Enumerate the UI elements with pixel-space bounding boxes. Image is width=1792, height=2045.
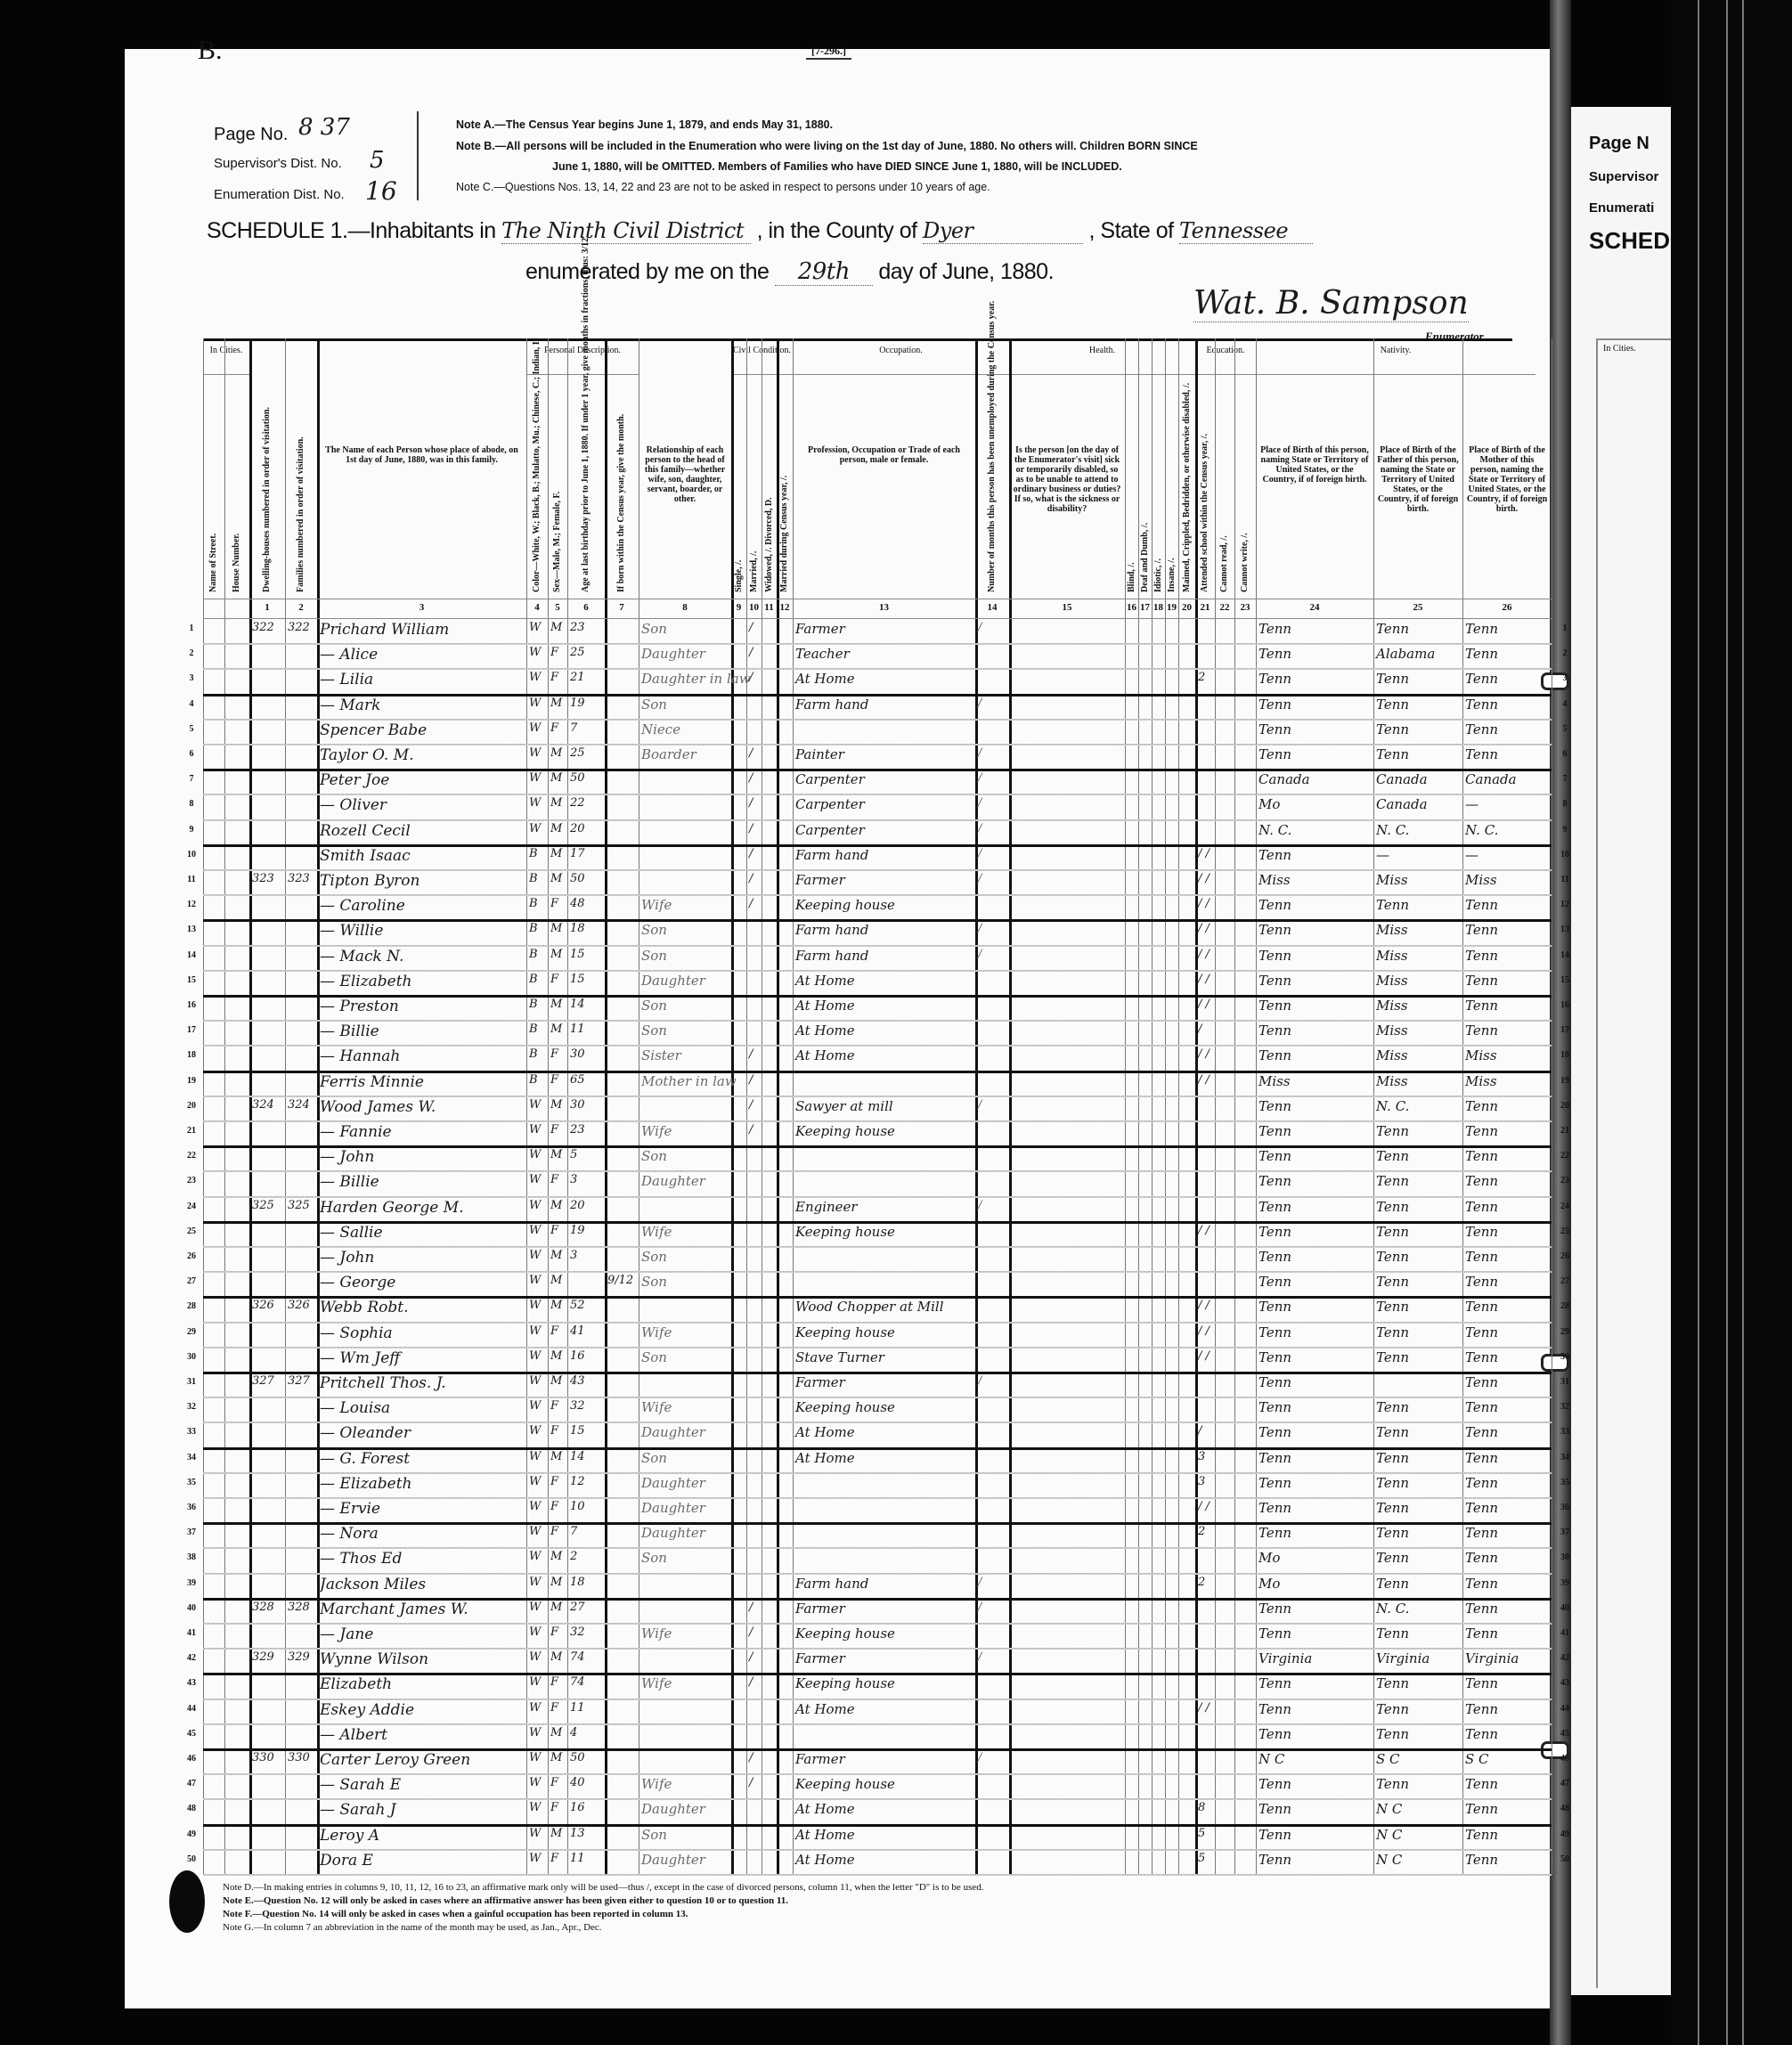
cell-rel: Wife — [641, 897, 672, 913]
row-number: 2 — [1557, 648, 1573, 658]
cell-bf: Miss — [1376, 998, 1408, 1014]
cell-bm: Tenn — [1465, 1726, 1498, 1742]
row-number: 12 — [183, 900, 200, 909]
cell-rel: Daughter — [641, 1852, 705, 1868]
cell-color: W — [529, 1827, 541, 1840]
cell-b: Tenn — [1258, 1801, 1291, 1817]
cell-edu: 2 — [1198, 1525, 1205, 1538]
cell-age: 18 — [570, 1576, 585, 1589]
row-number: 20 — [183, 1101, 200, 1111]
cell-color: B — [529, 948, 538, 961]
column-line — [605, 338, 607, 1874]
cell-rel: Boarder — [641, 746, 696, 762]
cell-occ: Keeping house — [795, 1224, 895, 1240]
cell-color: W — [529, 1701, 541, 1715]
cell-bf: Miss — [1376, 973, 1408, 989]
cell-b: Tenn — [1258, 1726, 1291, 1742]
row-line — [203, 794, 1552, 795]
cell-bf: — — [1376, 847, 1389, 863]
cell-color: B — [529, 1047, 538, 1061]
cell-age: 3 — [570, 1249, 577, 1262]
cell-name: Webb Robt. — [320, 1299, 408, 1316]
row-line — [203, 945, 1552, 947]
cell-name: — Nora — [320, 1525, 379, 1543]
row-line — [203, 744, 1552, 745]
column-number: 14 — [975, 602, 1009, 613]
cell-b: Miss — [1258, 1073, 1291, 1089]
cell-bm: Tenn — [1465, 1601, 1498, 1617]
cell-bm: Tenn — [1465, 721, 1498, 737]
cell-rel: Daughter — [641, 1424, 705, 1440]
cell-b: Tenn — [1258, 973, 1291, 989]
row-number: 35 — [183, 1478, 200, 1487]
cell-occ: At Home — [795, 1450, 855, 1466]
row-number: 48 — [183, 1804, 200, 1813]
cell-rel: Daughter — [641, 1500, 705, 1516]
cell-occ: At Home — [795, 1801, 855, 1817]
cell-sex: F — [550, 1173, 558, 1186]
cell-color: B — [529, 872, 538, 885]
cell-color: W — [529, 1500, 541, 1513]
cell-sex: M — [550, 771, 562, 785]
cell-name: Wood James W. — [320, 1098, 436, 1116]
adjacent-grid — [1596, 338, 1671, 1988]
cell-age: 74 — [570, 1650, 585, 1664]
column-number: 11 — [762, 602, 777, 613]
cell-rel: Daughter — [641, 1173, 705, 1189]
cell-color: W — [529, 1751, 541, 1764]
cell-sex: M — [550, 822, 562, 835]
cell-bf: Miss — [1376, 1073, 1408, 1089]
row-number: 12 — [1557, 900, 1573, 909]
row-number: 29 — [1557, 1327, 1573, 1337]
row-number: 44 — [1557, 1704, 1573, 1714]
cell-sex: F — [550, 1801, 558, 1814]
row-line — [203, 1196, 1552, 1198]
cell-occ: Carpenter — [795, 771, 865, 787]
row-number: 46 — [183, 1754, 200, 1764]
cell-civil: / — [749, 872, 753, 885]
cell-sex: F — [550, 1852, 558, 1865]
cell-sex: M — [550, 1450, 562, 1463]
cell-name: — Mack N. — [320, 948, 403, 965]
column-number: 16 — [1125, 602, 1138, 613]
cell-b: Tenn — [1258, 1399, 1291, 1415]
column-header-birth-self: Place of Birth of this person, naming St… — [1259, 445, 1370, 485]
cell-sex: F — [550, 973, 558, 986]
row-line — [203, 819, 1552, 821]
cell-age: 10 — [570, 1500, 585, 1513]
column-header-name: The Name of each Person whose place of a… — [321, 445, 523, 465]
row-number: 4 — [1557, 699, 1573, 709]
cell-sex: M — [550, 746, 562, 760]
district-value: The Ninth Civil District — [501, 218, 751, 244]
row-number: 27 — [183, 1276, 200, 1286]
cell-name: — Sarah E — [320, 1776, 401, 1794]
education-divider — [1195, 374, 1256, 375]
cell-unemp: / — [978, 621, 982, 634]
note-b: Note B.—All persons will be included in … — [456, 140, 1198, 152]
row-number: 32 — [1557, 1402, 1573, 1412]
cell-color: W — [529, 671, 541, 684]
cell-occ: Farmer — [795, 1601, 845, 1617]
cell-b: Miss — [1258, 872, 1291, 888]
cell-sex: M — [550, 1274, 562, 1287]
column-header-single: Single, /. — [734, 392, 744, 592]
column-header-cannot-write: Cannot write, /. — [1240, 392, 1250, 592]
row-line — [203, 1573, 1552, 1575]
cell-name: — Hannah — [320, 1047, 400, 1065]
cell-bf: S C — [1376, 1751, 1400, 1767]
row-line — [203, 1472, 1552, 1474]
cell-name: — Lilia — [320, 671, 373, 688]
cell-bf: Canada — [1376, 771, 1428, 787]
cell-name: — Elizabeth — [320, 973, 412, 990]
cell-name: — Billie — [320, 1022, 379, 1040]
cell-sex: M — [550, 1249, 562, 1262]
cell-bm: Tenn — [1465, 1701, 1498, 1717]
row-number: 6 — [183, 749, 200, 759]
row-number: 45 — [1557, 1729, 1573, 1739]
cell-bm: Tenn — [1465, 1173, 1498, 1189]
row-line — [203, 719, 1552, 721]
column-line — [526, 338, 527, 1874]
cell-occ: Keeping house — [795, 897, 895, 913]
row-number: 8 — [183, 799, 200, 809]
cell-color: W — [529, 1374, 541, 1388]
column-line — [1178, 338, 1179, 1874]
cell-name: Jackson Miles — [320, 1576, 426, 1593]
cell-civil: / — [749, 646, 753, 659]
cell-b: Tenn — [1258, 1173, 1291, 1189]
row-number: 5 — [1557, 724, 1573, 734]
cell-sex: M — [550, 1374, 562, 1388]
cell-bm: Tenn — [1465, 1424, 1498, 1440]
cell-sex: M — [550, 1199, 562, 1212]
cell-occ: Farm hand — [795, 948, 868, 964]
cell-occ: Engineer — [795, 1199, 858, 1215]
group-header-education: Education. — [1195, 346, 1256, 355]
row-number: 39 — [183, 1578, 200, 1588]
cell-occ: Farmer — [795, 1751, 845, 1767]
row-number: 30 — [183, 1352, 200, 1362]
row-number: 34 — [1557, 1453, 1573, 1462]
cell-occ: Stave Turner — [795, 1349, 884, 1365]
cell-sex: M — [550, 1148, 562, 1161]
row-number: 21 — [183, 1126, 200, 1136]
cell-unemp: / — [978, 872, 982, 885]
cell-color: B — [529, 1022, 538, 1036]
cell-color: B — [529, 973, 538, 986]
cell-bm: — — [1465, 847, 1478, 863]
cell-b: Tenn — [1258, 1776, 1291, 1792]
cell-name: — Wm Jeff — [320, 1349, 400, 1367]
cell-b: Tenn — [1258, 1224, 1291, 1240]
nativity-divider — [1256, 374, 1535, 375]
row-line — [203, 1347, 1552, 1348]
cell-name: — Alice — [320, 646, 378, 664]
cell-sex: M — [550, 872, 562, 885]
row-number: 28 — [1557, 1301, 1573, 1311]
cell-rel: Daughter — [641, 1525, 705, 1541]
note-b-cont: June 1, 1880, will be OMITTED. Members o… — [552, 160, 1122, 173]
cell-rel: Son — [641, 621, 667, 637]
row-number: 9 — [183, 825, 200, 835]
note-f: Note F.—Question No. 14 will only be ask… — [223, 1909, 688, 1919]
row-number: 29 — [183, 1327, 200, 1337]
enumerated-prefix: enumerated by me on the — [525, 259, 769, 284]
row-number: 22 — [183, 1151, 200, 1161]
cell-dw: 328 — [252, 1601, 274, 1614]
cell-color: W — [529, 771, 541, 785]
cell-color: W — [529, 1601, 541, 1614]
cell-edu: / / — [1198, 922, 1210, 935]
group-header-health: Health. — [1009, 346, 1195, 355]
cell-sex: M — [550, 621, 562, 634]
cell-name: Eskey Addie — [320, 1701, 414, 1719]
row-number: 30 — [1557, 1352, 1573, 1362]
cell-bm: Canada — [1465, 771, 1517, 787]
cell-bf: Virginia — [1376, 1650, 1430, 1666]
cell-b: Mo — [1258, 1550, 1280, 1566]
cell-bf: Tenn — [1376, 1173, 1409, 1189]
cell-sex: M — [550, 948, 562, 961]
cell-color: W — [529, 1324, 541, 1338]
cell-bf: Miss — [1376, 872, 1408, 888]
schedule-title: SCHEDULE 1.—Inhabitants in The Ninth Civ… — [207, 218, 1313, 244]
adjacent-page: Page N Supervisor Enumerati SCHED In Cit… — [1571, 107, 1671, 1995]
cell-bf: Tenn — [1376, 1701, 1409, 1717]
cell-occ: At Home — [795, 1852, 855, 1868]
cell-age: 11 — [570, 1852, 585, 1865]
cell-edu: / / — [1198, 1500, 1210, 1513]
cell-name: — Preston — [320, 998, 399, 1015]
row-number: 39 — [1557, 1578, 1573, 1588]
cell-bm: Tenn — [1465, 1801, 1498, 1817]
cell-color: W — [529, 1776, 541, 1789]
row-number: 47 — [1557, 1779, 1573, 1788]
column-number: 19 — [1165, 602, 1178, 613]
cell-rel: Wife — [641, 1399, 672, 1415]
column-line — [1165, 338, 1166, 1874]
cell-color: B — [529, 998, 538, 1011]
column-number: 15 — [1009, 602, 1125, 613]
cell-rel: Daughter in law — [641, 671, 751, 687]
cell-dw: 326 — [252, 1299, 274, 1312]
cell-edu: / / — [1198, 847, 1210, 860]
cell-occ: Farm hand — [795, 1576, 868, 1592]
cell-sex: F — [550, 1625, 558, 1639]
row-line — [203, 1849, 1552, 1851]
cell-bm: Tenn — [1465, 998, 1498, 1014]
cell-bm: Tenn — [1465, 621, 1498, 637]
column-header-birth-father: Place of Birth of the Father of this per… — [1377, 445, 1459, 514]
cell-occ: Carpenter — [795, 796, 865, 812]
row-number: 19 — [183, 1076, 200, 1086]
cell-name: Taylor O. M. — [320, 746, 414, 764]
row-number: 15 — [1557, 975, 1573, 985]
cell-name: — G. Forest — [320, 1450, 410, 1468]
cell-b: Tenn — [1258, 621, 1291, 637]
cell-name: — Thos Ed — [320, 1550, 402, 1568]
column-line — [285, 338, 286, 1874]
cell-bm: Tenn — [1465, 646, 1498, 662]
cell-bf: Tenn — [1376, 1675, 1409, 1691]
cell-fam: 322 — [288, 621, 310, 634]
cell-name: — Caroline — [320, 897, 405, 915]
cell-rel: Son — [641, 697, 667, 713]
enumerator-signature: Wat. B. Sampson — [1193, 285, 1469, 322]
cell-fam: 323 — [288, 872, 310, 885]
cell-bm: Tenn — [1465, 1625, 1498, 1642]
cell-edu: / — [1198, 1424, 1201, 1438]
row-number: 46 — [1557, 1754, 1573, 1764]
column-line — [1195, 338, 1198, 1874]
cell-unemp: / — [978, 1751, 982, 1764]
cell-name: — Elizabeth — [320, 1475, 412, 1493]
cell-name: — George — [320, 1274, 395, 1291]
cell-age: 25 — [570, 646, 585, 659]
column-number: 6 — [567, 602, 605, 613]
cell-name: Peter Joe — [320, 771, 389, 789]
cell-sex: M — [550, 1650, 562, 1664]
cell-edu: / / — [1198, 897, 1210, 910]
cell-age: 48 — [570, 897, 585, 910]
column-number: 20 — [1178, 602, 1195, 613]
cell-bm: Tenn — [1465, 1022, 1498, 1039]
row-number: 25 — [1557, 1226, 1573, 1236]
row-number: 14 — [1557, 950, 1573, 960]
cell-bf: Tenn — [1376, 721, 1409, 737]
row-number: 24 — [1557, 1202, 1573, 1211]
cell-bm: Tenn — [1465, 1475, 1498, 1491]
cell-dw: 323 — [252, 872, 274, 885]
cell-fam: 325 — [288, 1199, 310, 1212]
column-line — [1552, 338, 1552, 1874]
cell-edu: 2 — [1198, 671, 1205, 684]
row-number: 13 — [183, 925, 200, 934]
row-number: 33 — [1557, 1427, 1573, 1437]
cell-sex: F — [550, 1324, 558, 1338]
page-no-value: 8 37 — [298, 114, 350, 141]
column-number: 4 — [526, 602, 548, 613]
column-line — [1138, 338, 1139, 1874]
cell-age: 5 — [570, 1148, 577, 1161]
cell-name: — Sarah J — [320, 1801, 396, 1819]
column-header-profession: Profession, Occupation or Trade of each … — [796, 445, 972, 465]
column-number: 2 — [285, 602, 317, 613]
cell-civil: / — [749, 1073, 753, 1087]
cell-b: Tenn — [1258, 847, 1291, 863]
row-line — [203, 643, 1552, 645]
row-number: 18 — [1557, 1050, 1573, 1060]
column-number: 13 — [793, 602, 975, 613]
cell-civil: / — [749, 1776, 753, 1789]
row-line — [203, 1773, 1552, 1775]
cell-b: Tenn — [1258, 1525, 1291, 1541]
cell-age: 11 — [570, 1022, 585, 1036]
cell-name: — Oleander — [320, 1424, 411, 1442]
column-number: 18 — [1152, 602, 1165, 613]
column-line — [1152, 338, 1153, 1874]
header-bottom-line — [203, 599, 1552, 599]
row-number: 42 — [1557, 1653, 1573, 1663]
column-number: 7 — [605, 602, 639, 613]
cell-b: Tenn — [1258, 1274, 1291, 1290]
cell-name: Harden George M. — [320, 1199, 464, 1217]
cell-fam: 327 — [288, 1374, 310, 1388]
row-number: 5 — [183, 724, 200, 734]
cell-age: 7 — [570, 721, 577, 735]
cell-rel: Wife — [641, 1123, 672, 1139]
cell-age: 7 — [570, 1525, 577, 1538]
cell-age: 20 — [570, 822, 585, 835]
cell-unemp: / — [978, 1374, 982, 1388]
cell-sex: F — [550, 721, 558, 735]
dark-background — [1671, 0, 1792, 2045]
page-no-label: Page No. — [214, 125, 288, 145]
column-number: 21 — [1195, 602, 1215, 613]
row-number: 24 — [183, 1202, 200, 1211]
cell-age: 16 — [570, 1801, 585, 1814]
cell-sex: F — [550, 1500, 558, 1513]
cell-age: 50 — [570, 771, 585, 785]
row-number: 50 — [183, 1854, 200, 1864]
cell-bm: Tenn — [1465, 948, 1498, 964]
cell-age: 21 — [570, 671, 585, 684]
note-d: Note D.—In making entries in columns 9, … — [223, 1882, 983, 1893]
cell-fam: 324 — [288, 1098, 310, 1112]
cell-edu: / / — [1198, 1324, 1210, 1338]
column-header-age: Age at last birthday prior to June 1, 18… — [581, 392, 591, 592]
cell-bm: Tenn — [1465, 1199, 1498, 1215]
cell-color: W — [529, 1475, 541, 1488]
cell-occ: Sawyer at mill — [795, 1098, 893, 1114]
cell-bm: Tenn — [1465, 1550, 1498, 1566]
cell-b: Tenn — [1258, 897, 1291, 913]
cell-occ: At Home — [795, 998, 855, 1014]
supervisor-value: 5 — [370, 147, 385, 174]
health-divider — [1009, 374, 1195, 375]
group-header-nativity: Nativity. — [1256, 346, 1535, 355]
cell-bm: Tenn — [1465, 922, 1498, 938]
cell-color: W — [529, 1576, 541, 1589]
cell-edu: 8 — [1198, 1801, 1205, 1814]
cell-dw: 325 — [252, 1199, 274, 1212]
census-table: In Cities.Personal Description.Civil Con… — [203, 338, 1512, 1874]
cell-fam: 330 — [288, 1751, 310, 1764]
row-line — [203, 1246, 1552, 1248]
cell-bm: — — [1465, 796, 1478, 812]
column-header-sickness: Is the person [on the day of the Enumera… — [1013, 445, 1121, 514]
row-line — [203, 1874, 1552, 1876]
cell-bf: Tenn — [1376, 746, 1409, 762]
cell-bm: S C — [1465, 1751, 1489, 1767]
cell-civil: / — [749, 1047, 753, 1061]
cell-bf: Tenn — [1376, 1224, 1409, 1240]
cell-sex: F — [550, 897, 558, 910]
cell-sex: F — [550, 1776, 558, 1789]
cell-bm: Miss — [1465, 1047, 1497, 1063]
cell-color: W — [529, 697, 541, 710]
cell-b: Canada — [1258, 771, 1310, 787]
cell-age: 43 — [570, 1374, 585, 1388]
cell-bm: Virginia — [1465, 1650, 1519, 1666]
column-line — [762, 338, 762, 1874]
cell-b: Tenn — [1258, 1022, 1291, 1039]
cell-unemp: / — [978, 746, 982, 760]
cell-b: Tenn — [1258, 1675, 1291, 1691]
